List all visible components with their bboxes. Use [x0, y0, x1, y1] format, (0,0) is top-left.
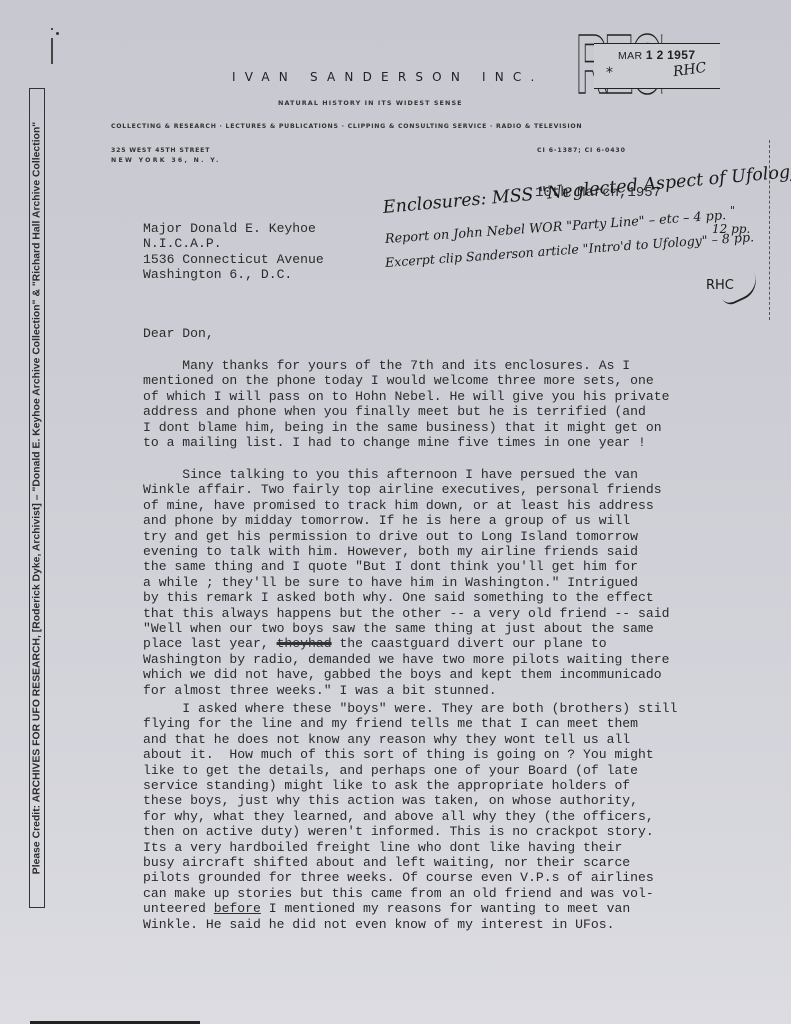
margin-dashed-line: [769, 140, 770, 320]
corner-punch-mark: [48, 28, 62, 68]
text-line: to a mailing list. I had to change mine …: [143, 435, 669, 450]
text-line: Winkle. He said he did not even know of …: [143, 917, 677, 932]
text-line: these boys, just why this action was tak…: [143, 793, 677, 808]
text-line: I asked where these "boys" were. They ar…: [143, 701, 677, 716]
text-line: can make up stories but this came from a…: [143, 886, 677, 901]
text-line: that this always happens but the other -…: [143, 606, 669, 621]
recipient-line: Major Donald E. Keyhoe: [143, 221, 324, 236]
letterhead-address-street: 325 WEST 45TH STREET: [111, 147, 210, 154]
text-line: Washington by radio, demanded we have tw…: [143, 652, 669, 667]
text-line: like to get the details, and perhaps one…: [143, 763, 677, 778]
paragraph-1: Many thanks for yours of the 7th and its…: [143, 358, 669, 450]
archive-credit-text: Please Credit: ARCHIVES FOR UFO RESEARCH…: [32, 122, 43, 874]
received-stamp: RECEIVED MAR 1 2 1957 * RHC: [576, 24, 742, 104]
paragraph-2: Since talking to you this afternoon I ha…: [143, 467, 669, 698]
text-line: pilots grounded for three weeks. Of cour…: [143, 870, 677, 885]
text-line: service standing) might like to ask the …: [143, 778, 677, 793]
text-line: for almost three weeks." I was a bit stu…: [143, 683, 669, 698]
text-line: by this remark I asked both why. One sai…: [143, 590, 669, 605]
text-line: try and get his permission to drive out …: [143, 529, 669, 544]
text-line: for why, what they learned, and above al…: [143, 809, 677, 824]
recipient-line: Washington 6., D.C.: [143, 267, 324, 282]
text-line: address and phone when you finally meet …: [143, 404, 669, 419]
stamp-month: MAR: [618, 50, 643, 62]
text-line: the same thing and I quote "But I dont t…: [143, 559, 669, 574]
letterhead-tagline: NATURAL HISTORY IN ITS WIDEST SENSE: [278, 99, 463, 107]
text-line: which we did not have, gabbed the boys a…: [143, 667, 669, 682]
asterisk-mark-icon: *: [606, 65, 613, 81]
text-line: "Well when our two boys saw the same thi…: [143, 621, 669, 636]
text-line: of which I will pass on to Hohn Nebel. H…: [143, 389, 669, 404]
handwritten-mark: ": [730, 204, 735, 217]
text-line: a while ; they'll be sure to have him in…: [143, 575, 669, 590]
text-line: and phone by midday tomorrow. If he is h…: [143, 513, 669, 528]
struck-text: theyhad: [277, 636, 332, 651]
salutation: Dear Don,: [143, 326, 214, 341]
text-line: busy aircraft shifted about and left wai…: [143, 855, 677, 870]
letter-page: Please Credit: ARCHIVES FOR UFO RESEARCH…: [0, 0, 791, 1024]
text-line: Its a very hardboiled freight line who d…: [143, 840, 677, 855]
recipient-address: Major Donald E. KeyhoeN.I.C.A.P.1536 Con…: [143, 221, 324, 283]
text-line: then on active duty) weren't informed. T…: [143, 824, 677, 839]
paragraph-3: I asked where these "boys" were. They ar…: [143, 701, 677, 932]
stamp-year: 1957: [667, 48, 695, 62]
letterhead-phone: CI 6-1387; CI 6-0430: [537, 147, 626, 154]
text-line: Winkle affair. Two fairly top airline ex…: [143, 482, 669, 497]
text-line: evening to talk with him. However, both …: [143, 544, 669, 559]
text-line: mentioned on the phone today I would wel…: [143, 373, 669, 388]
letterhead-address-city: NEW YORK 36, N. Y.: [111, 157, 221, 164]
recipient-line: N.I.C.A.P.: [143, 236, 324, 251]
text-line: I dont blame him, being in the same busi…: [143, 420, 669, 435]
text-line: unteered before I mentioned my reasons f…: [143, 901, 677, 916]
underlined-word: before: [214, 901, 261, 916]
text-line: Since talking to you this afternoon I ha…: [143, 467, 669, 482]
text-line: Many thanks for yours of the 7th and its…: [143, 358, 669, 373]
text-line: of mine, have promised to track him down…: [143, 498, 669, 513]
stamp-day: 1 2: [646, 48, 664, 62]
text-line: and that he does not know any reason why…: [143, 732, 677, 747]
received-stamp-date: MAR 1 2 1957: [618, 48, 695, 62]
letterhead-services: COLLECTING & RESEARCH · LECTURES & PUBLI…: [111, 123, 582, 130]
letterhead-company: IVAN SANDERSON INC.: [232, 70, 544, 84]
text-line: place last year, theyhad the caastguard …: [143, 636, 669, 651]
text-line: about it. How much of this sort of thing…: [143, 747, 677, 762]
recipient-line: 1536 Connecticut Avenue: [143, 252, 324, 267]
text-line: flying for the line and my friend tells …: [143, 716, 677, 731]
